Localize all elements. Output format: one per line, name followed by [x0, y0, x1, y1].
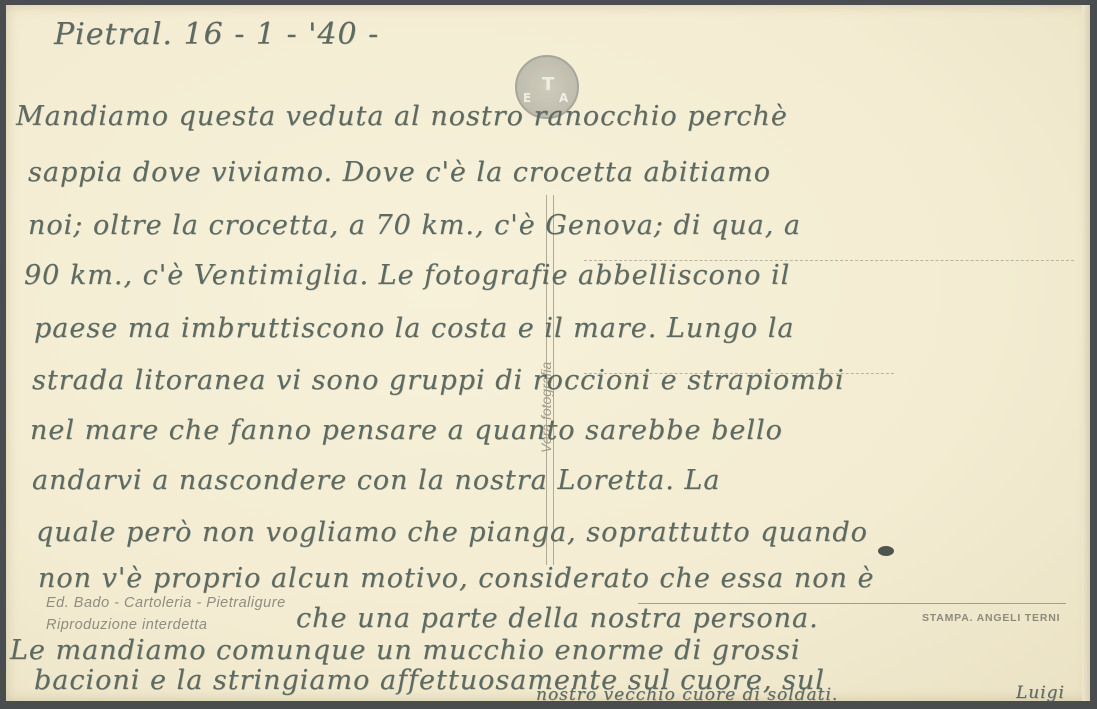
publisher-imprint: Ed. Bado - Cartoleria - Pietraligure — [46, 595, 286, 611]
place-date: Pietral. 16 - 1 - '40 - — [54, 17, 379, 52]
printer-imprint: STAMPA. ANGELI TERNI — [922, 612, 1060, 624]
letter-line: quale però non vogliamo che pianga, sopr… — [36, 517, 868, 548]
letter-line: sappia dove viviamo. Dove c'è la crocett… — [28, 157, 771, 188]
postscript-line: nostro vecchio cuore di soldati. — [536, 685, 838, 705]
letter-line: che una parte della nostra persona. — [296, 603, 819, 634]
bottom-rule — [638, 603, 1066, 604]
letter-line: non v'è proprio alcun motivo, considerat… — [38, 563, 874, 594]
letter-line: 90 km., c'è Ventimiglia. Le fotografie a… — [24, 260, 790, 291]
letter-line: Mandiamo questa veduta al nostro ranocch… — [16, 101, 788, 132]
letter-line: strada litoranea vi sono gruppi di rocci… — [32, 365, 845, 396]
letter-line: noi; oltre la crocetta, a 70 km., c'è Ge… — [28, 210, 801, 241]
card-edge — [1082, 5, 1090, 701]
copyright-notice: Riproduzione interdetta — [46, 617, 207, 633]
postcard-back: Pietral. 16 - 1 - '40 - T E A Vera fotog… — [6, 5, 1090, 701]
letter-line: andarvi a nascondere con la nostra Loret… — [32, 465, 720, 496]
ink-blot — [878, 546, 894, 556]
letter-line: nel mare che fanno pensare a quanto sare… — [30, 415, 783, 446]
signature: Luigi — [1016, 683, 1065, 703]
letter-line: Le mandiamo comunque un mucchio enorme d… — [10, 635, 800, 666]
letter-line: paese ma imbruttiscono la costa e il mar… — [34, 313, 794, 344]
